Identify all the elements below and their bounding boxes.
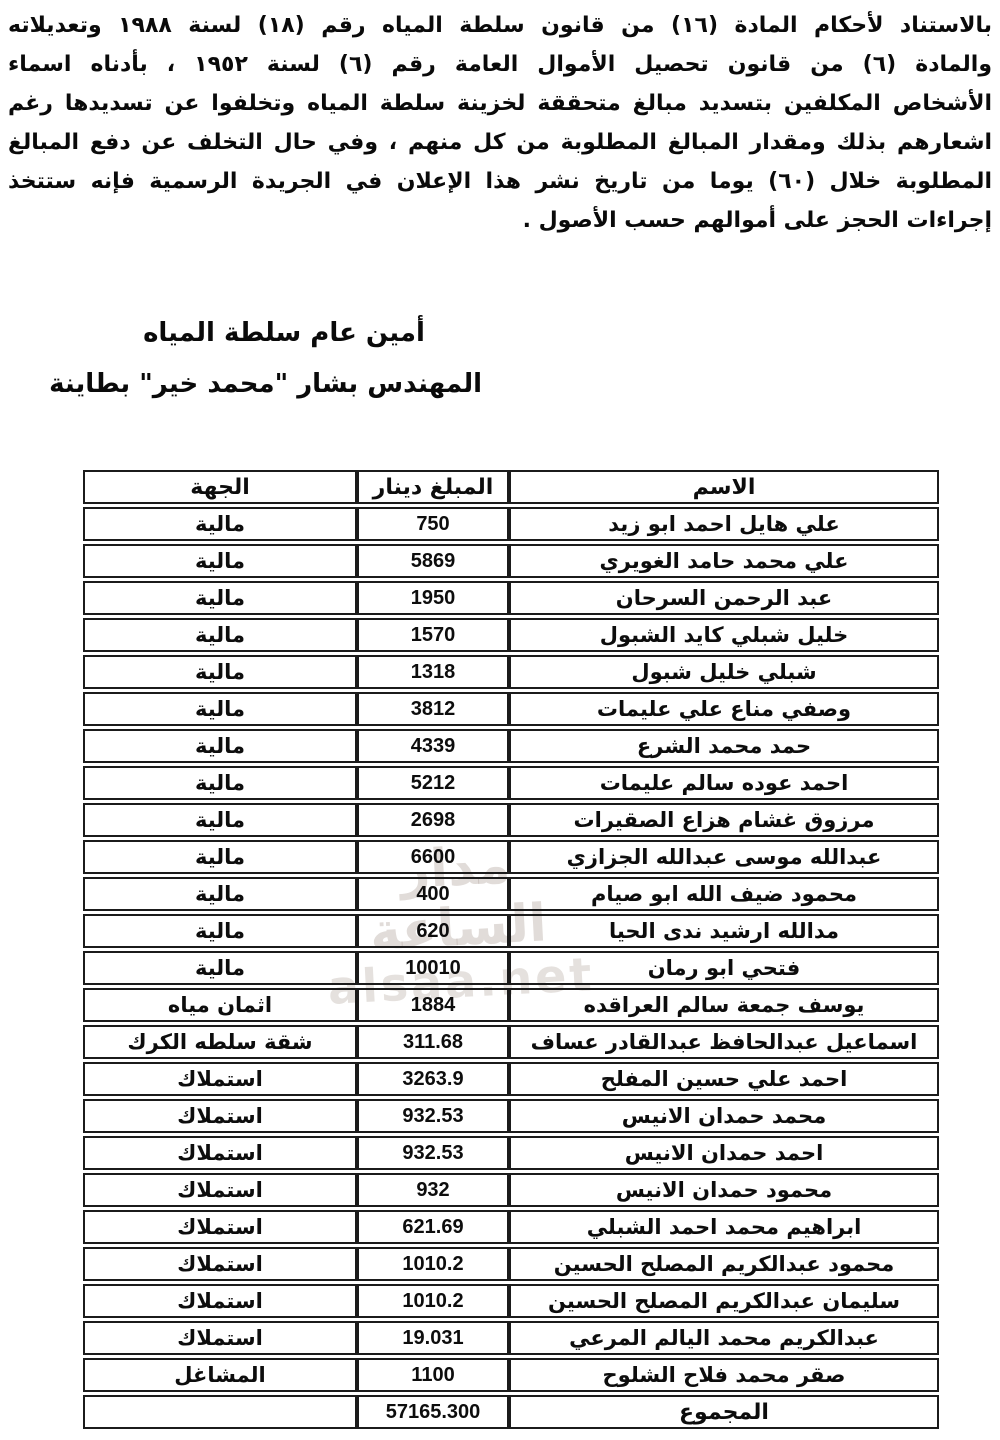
debt-amount: 750 bbox=[357, 507, 509, 541]
debt-amount: 1100 bbox=[357, 1358, 509, 1392]
intro-line: اشعارهم بذلك ومقدار المبالغ المطلوبة من … bbox=[8, 123, 992, 162]
debtor-name: سليمان عبدالكريم المصلح الحسين bbox=[509, 1284, 939, 1318]
debtors-table: الاسم المبلغ دينار الجهة علي هايل احمد ا… bbox=[83, 467, 939, 1432]
debtor-name: عبدالله موسى عبدالله الجزازي bbox=[509, 840, 939, 874]
debtor-name: عبد الرحمن السرحان bbox=[509, 581, 939, 615]
debt-amount: 19.031 bbox=[357, 1321, 509, 1355]
debt-amount: 311.68 bbox=[357, 1025, 509, 1059]
debtor-name: خليل شبلي كايد الشبول bbox=[509, 618, 939, 652]
debt-amount: 5869 bbox=[357, 544, 509, 578]
debtor-name: محمود حمدان الانيس bbox=[509, 1173, 939, 1207]
col-header-entity: الجهة bbox=[83, 470, 357, 504]
debt-amount: 3812 bbox=[357, 692, 509, 726]
debt-entity: استملاك bbox=[83, 1062, 357, 1096]
debt-amount: 1950 bbox=[357, 581, 509, 615]
debtor-name: علي هايل احمد ابو زيد bbox=[509, 507, 939, 541]
debt-entity: مالية bbox=[83, 692, 357, 726]
debt-entity: استملاك bbox=[83, 1321, 357, 1355]
intro-paragraph: بالاستناد لأحكام المادة (١٦) من قانون سل… bbox=[8, 6, 992, 240]
debtor-name: احمد علي حسين المفلح bbox=[509, 1062, 939, 1096]
total-label: المجموع bbox=[509, 1395, 939, 1429]
debtor-name: محمد حمدان الانيس bbox=[509, 1099, 939, 1133]
debt-entity: مالية bbox=[83, 581, 357, 615]
table-row: احمد حمدان الانيس 932.53 استملاك bbox=[83, 1136, 939, 1170]
table-row: شبلي خليل شبول 1318 مالية bbox=[83, 655, 939, 689]
table-row: مدالله ارشيد ندى الحيا 620 مالية bbox=[83, 914, 939, 948]
debtor-name: صقر محمد فلاح الشلوح bbox=[509, 1358, 939, 1392]
table-row: عبدالله موسى عبدالله الجزازي 6600 مالية bbox=[83, 840, 939, 874]
debtor-name: حمد محمد الشرع bbox=[509, 729, 939, 763]
table-row: يوسف جمعة سالم العراقده 1884 اثمان مياه bbox=[83, 988, 939, 1022]
debt-amount: 2698 bbox=[357, 803, 509, 837]
debt-entity: مالية bbox=[83, 618, 357, 652]
table-row: عبدالكريم محمد اليالم المرعي 19.031 استم… bbox=[83, 1321, 939, 1355]
debt-amount: 932.53 bbox=[357, 1136, 509, 1170]
debt-entity: استملاك bbox=[83, 1173, 357, 1207]
table-row: احمد علي حسين المفلح 3263.9 استملاك bbox=[83, 1062, 939, 1096]
table-row: حمد محمد الشرع 4339 مالية bbox=[83, 729, 939, 763]
total-entity-empty bbox=[83, 1395, 357, 1429]
table-row: محمد حمدان الانيس 932.53 استملاك bbox=[83, 1099, 939, 1133]
debt-amount: 1010.2 bbox=[357, 1284, 509, 1318]
debt-entity: استملاك bbox=[83, 1099, 357, 1133]
debt-amount: 1570 bbox=[357, 618, 509, 652]
debt-amount: 932 bbox=[357, 1173, 509, 1207]
intro-line: الأشخاص المكلفين بتسديد مبالغ متحققة لخز… bbox=[8, 84, 992, 123]
table-row: عبد الرحمن السرحان 1950 مالية bbox=[83, 581, 939, 615]
debtor-name: احمد حمدان الانيس bbox=[509, 1136, 939, 1170]
intro-line: بالاستناد لأحكام المادة (١٦) من قانون سل… bbox=[8, 6, 992, 45]
debt-entity: استملاك bbox=[83, 1210, 357, 1244]
debt-amount: 620 bbox=[357, 914, 509, 948]
debtor-name: محمود ضيف الله ابو صيام bbox=[509, 877, 939, 911]
debtor-name: ابراهيم محمد احمد الشبلي bbox=[509, 1210, 939, 1244]
debt-entity: مالية bbox=[83, 840, 357, 874]
intro-line: المطلوبة خلال (٦٠) يوما من تاريخ نشر هذا… bbox=[8, 162, 992, 201]
table-row: محمود ضيف الله ابو صيام 400 مالية bbox=[83, 877, 939, 911]
debtor-name: اسماعيل عبدالحافظ عبدالقادر عساف bbox=[509, 1025, 939, 1059]
signature-block: أمين عام سلطة المياه المهندس بشار "محمد … bbox=[86, 316, 482, 401]
debtor-name: مدالله ارشيد ندى الحيا bbox=[509, 914, 939, 948]
debtor-name: شبلي خليل شبول bbox=[509, 655, 939, 689]
table-row: محمود عبدالكريم المصلح الحسين 1010.2 است… bbox=[83, 1247, 939, 1281]
debt-entity: مالية bbox=[83, 729, 357, 763]
debtor-name: وصفي مناع علي عليمات bbox=[509, 692, 939, 726]
debt-amount: 5212 bbox=[357, 766, 509, 800]
debt-entity: مالية bbox=[83, 951, 357, 985]
debt-entity: مالية bbox=[83, 655, 357, 689]
debt-entity: استملاك bbox=[83, 1136, 357, 1170]
debt-entity: مالية bbox=[83, 544, 357, 578]
debt-entity: شقة سلطه الكرك bbox=[83, 1025, 357, 1059]
table-row: علي هايل احمد ابو زيد 750 مالية bbox=[83, 507, 939, 541]
document-page: بالاستناد لأحكام المادة (١٦) من قانون سل… bbox=[0, 0, 1000, 1440]
debtor-name: مرزوق غشام هزاع الصقيرات bbox=[509, 803, 939, 837]
debt-entity: مالية bbox=[83, 507, 357, 541]
debt-entity: مالية bbox=[83, 877, 357, 911]
total-row: المجموع 57165.300 bbox=[83, 1395, 939, 1429]
debt-entity: المشاغل bbox=[83, 1358, 357, 1392]
table-row: صقر محمد فلاح الشلوح 1100 المشاغل bbox=[83, 1358, 939, 1392]
intro-line: إجراءات الحجز على أموالهم حسب الأصول . bbox=[8, 201, 992, 240]
debt-amount: 1884 bbox=[357, 988, 509, 1022]
debt-amount: 4339 bbox=[357, 729, 509, 763]
debtor-name: فتحي ابو رمان bbox=[509, 951, 939, 985]
col-header-amount: المبلغ دينار bbox=[357, 470, 509, 504]
debt-amount: 400 bbox=[357, 877, 509, 911]
debt-entity: اثمان مياه bbox=[83, 988, 357, 1022]
debt-entity: استملاك bbox=[83, 1284, 357, 1318]
intro-line: والمادة (٦) من قانون تحصيل الأموال العام… bbox=[8, 45, 992, 84]
debt-amount: 3263.9 bbox=[357, 1062, 509, 1096]
table-row: وصفي مناع علي عليمات 3812 مالية bbox=[83, 692, 939, 726]
debt-amount: 932.53 bbox=[357, 1099, 509, 1133]
table-header-row: الاسم المبلغ دينار الجهة bbox=[83, 470, 939, 504]
signatory-title: أمين عام سلطة المياه bbox=[86, 316, 482, 350]
debt-entity: مالية bbox=[83, 803, 357, 837]
debtor-name: يوسف جمعة سالم العراقده bbox=[509, 988, 939, 1022]
debtor-name: علي محمد حامد الغويري bbox=[509, 544, 939, 578]
debt-amount: 1010.2 bbox=[357, 1247, 509, 1281]
table-row: سليمان عبدالكريم المصلح الحسين 1010.2 اس… bbox=[83, 1284, 939, 1318]
debt-amount: 621.69 bbox=[357, 1210, 509, 1244]
debt-entity: مالية bbox=[83, 766, 357, 800]
table-row: محمود حمدان الانيس 932 استملاك bbox=[83, 1173, 939, 1207]
debt-entity: استملاك bbox=[83, 1247, 357, 1281]
debt-amount: 1318 bbox=[357, 655, 509, 689]
table-row: ابراهيم محمد احمد الشبلي 621.69 استملاك bbox=[83, 1210, 939, 1244]
debtor-name: عبدالكريم محمد اليالم المرعي bbox=[509, 1321, 939, 1355]
table-row: فتحي ابو رمان 10010 مالية bbox=[83, 951, 939, 985]
signatory-name: المهندس بشار "محمد خير" بطاينة bbox=[86, 367, 482, 401]
debtor-name: احمد عوده سالم عليمات bbox=[509, 766, 939, 800]
table-row: مرزوق غشام هزاع الصقيرات 2698 مالية bbox=[83, 803, 939, 837]
total-amount: 57165.300 bbox=[357, 1395, 509, 1429]
debtor-name: محمود عبدالكريم المصلح الحسين bbox=[509, 1247, 939, 1281]
table-row: خليل شبلي كايد الشبول 1570 مالية bbox=[83, 618, 939, 652]
table-row: احمد عوده سالم عليمات 5212 مالية bbox=[83, 766, 939, 800]
table-row: اسماعيل عبدالحافظ عبدالقادر عساف 311.68 … bbox=[83, 1025, 939, 1059]
col-header-name: الاسم bbox=[509, 470, 939, 504]
debt-entity: مالية bbox=[83, 914, 357, 948]
debt-amount: 10010 bbox=[357, 951, 509, 985]
table-row: علي محمد حامد الغويري 5869 مالية bbox=[83, 544, 939, 578]
debt-amount: 6600 bbox=[357, 840, 509, 874]
